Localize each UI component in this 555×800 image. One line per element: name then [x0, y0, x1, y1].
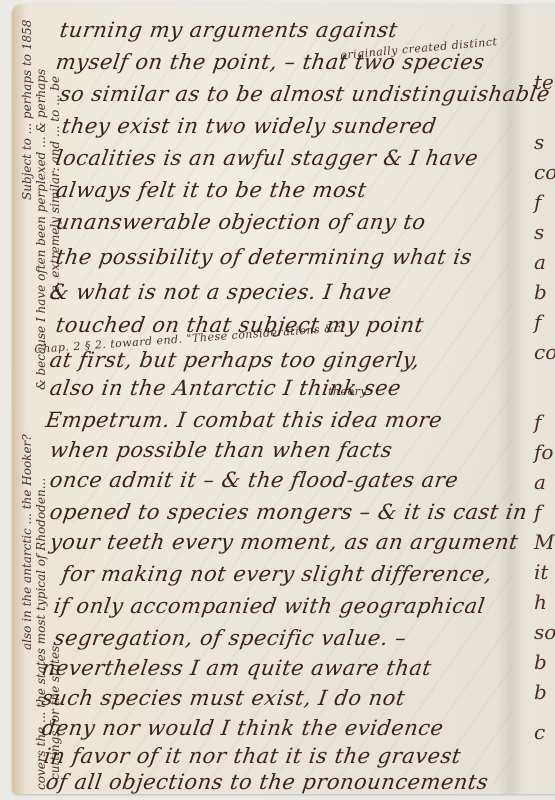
next-page-fragment: b	[534, 280, 547, 304]
next-page-fragment: M	[534, 530, 554, 554]
text-line: the possibility of determining what is	[54, 245, 473, 269]
margin-note: also in the antarctic ... the Hooker?	[20, 434, 34, 650]
text-line: & what is not a species. I have	[48, 280, 393, 304]
next-page-fragment: co	[534, 160, 555, 184]
next-page-fragment: f	[534, 500, 541, 524]
text-line: when possible than when facts	[48, 438, 394, 462]
next-page-fragment: a	[534, 250, 546, 274]
next-page-fragment: a	[534, 470, 546, 494]
text-line: myself on the point, – that two species	[54, 50, 486, 74]
text-line: localities is an awful stagger & I have	[54, 146, 479, 170]
text-line: also in the Antarctic I think see	[48, 376, 402, 400]
text-line: if only accompanied with geographical	[52, 594, 486, 618]
next-page-fragment: co	[534, 340, 555, 364]
text-line: turning my arguments against	[58, 18, 399, 42]
next-page-fragment: f	[534, 310, 541, 334]
next-page-fragment: c	[534, 720, 545, 744]
text-line: for making not every slight difference,	[60, 562, 493, 586]
text-line: in favor of it nor that it is the graves…	[42, 744, 462, 768]
text-line: at first, but perhaps too gingerly,	[48, 348, 421, 372]
text-line: Empetrum. I combat this idea more	[44, 408, 444, 432]
next-page-fragment: f	[534, 190, 541, 214]
text-line: they exist in two widely sundered	[60, 114, 438, 138]
text-line: always felt it to be the most	[54, 178, 368, 202]
text-line: of all objections to the pronouncements	[44, 770, 490, 794]
text-line: touched on that subject my point	[54, 313, 425, 337]
text-line: unanswerable objection of any to	[54, 210, 427, 234]
text-line: your teeth every moment, as an argument	[48, 530, 520, 554]
text-line: opened to species mongers – & it is cast…	[48, 500, 529, 524]
next-page-fragment: f	[534, 410, 541, 434]
next-page-fragment: fo	[534, 440, 553, 464]
next-page-fragment: s	[534, 130, 544, 154]
next-page-fragment: so	[534, 620, 555, 644]
text-line: once admit it – & the flood-gates are	[48, 468, 460, 492]
next-page-fragment: h	[534, 590, 547, 614]
margin-note: Subject to ... perhaps to 1858	[20, 20, 34, 200]
text-line: deny nor would I think the evidence	[40, 716, 445, 740]
document-viewer: Subject to ... perhaps to 1858 & because…	[0, 0, 555, 800]
next-page-fragment: b	[534, 650, 547, 674]
text-line: so similar as to be almost undistinguish…	[58, 82, 551, 106]
next-page-fragment: s	[534, 220, 544, 244]
text-line: nevertheless I am quite aware that	[40, 656, 433, 680]
text-line: segregation, of specific value. –	[52, 626, 408, 650]
text-line: such species must exist, I do not	[40, 686, 406, 710]
next-page-fragment: it	[534, 560, 548, 584]
next-page-fragment: b	[534, 680, 547, 704]
next-page-fragment: te	[534, 70, 554, 94]
